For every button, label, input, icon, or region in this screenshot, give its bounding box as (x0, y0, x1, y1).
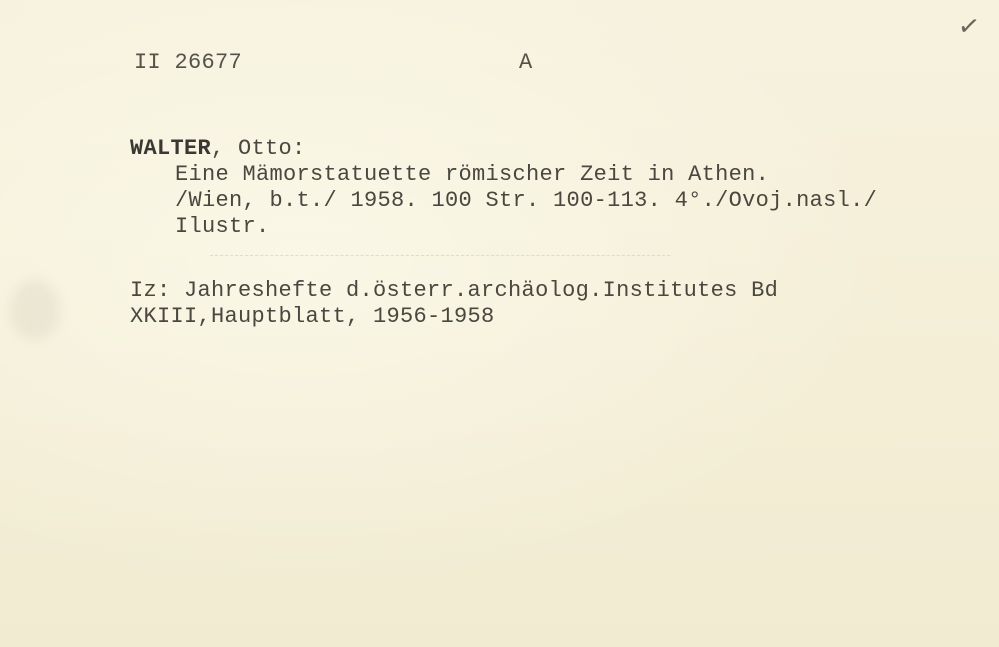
section-letter: A (519, 50, 533, 76)
author-heading: WALTER, Otto: (130, 136, 306, 162)
faint-bleed-through (210, 255, 670, 266)
imprint-line: /Wien, b.t./ 1958. 100 Str. 100-113. 4°.… (175, 188, 877, 214)
catalog-card: II 26677 A ✓ WALTER, Otto: Eine Mämorst… (0, 0, 999, 647)
check-mark-icon: ✓ (956, 11, 982, 44)
notes-line: Ilustr. (175, 214, 270, 240)
title-line: Eine Mämorstatuette römischer Zeit in A… (175, 162, 769, 188)
source-line-2: XKIII,Hauptblatt, 1956-1958 (130, 304, 495, 330)
author-surname: WALTER (130, 136, 211, 161)
smudge-mark (10, 280, 60, 340)
call-number: II 26677 (134, 50, 242, 76)
author-given-name: , Otto: (211, 136, 306, 161)
source-line-1: Iz: Jahreshefte d.österr.archäolog.Insti… (130, 278, 778, 304)
